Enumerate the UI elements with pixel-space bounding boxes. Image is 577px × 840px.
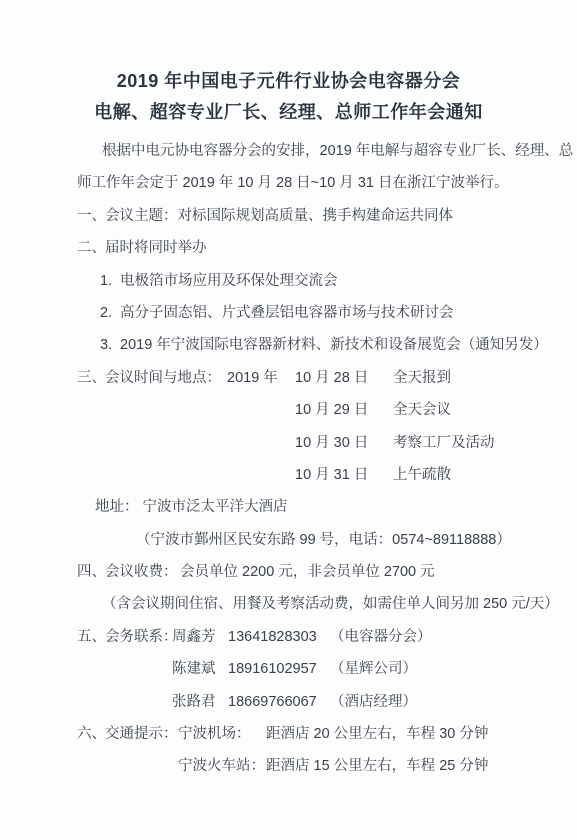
intro-line-1: 根据中电元协电容器分会的安排，2019 年电解与超容专业厂长、经理、总 [77,135,520,167]
list-item-number: 2. [100,297,120,329]
address-detail: （宁波市鄞州区民安东路 99 号，电话：0574~89118888） [77,524,520,556]
contact-org: （星辉公司） [330,653,417,685]
section-one-heading: 一、 会议主题：对标国际规划高质量、携手构建命运共同体 [77,200,520,232]
contact-phone: 18916102957 [228,653,330,685]
address-line: 地址： 宁波市泛太平洋大酒店 [77,491,520,523]
schedule-date: 10 月 30 日 [295,427,393,459]
schedule-row-2: 10 月 29 日 全天会议 [77,394,520,426]
contact-name: 张路君 [172,686,228,718]
schedule-year: 2019 年 [227,362,295,394]
schedule-row-3: 10 月 30 日 考察工厂及活动 [77,427,520,459]
section-five-number: 五、 [77,621,105,653]
list-item-text: 高分子固态铝、片式叠层铝电容器市场与技术研讨会 [120,297,454,329]
section-four-text: 会员单位 2200 元，非会员单位 2700 元 [180,556,435,588]
contact-org: （电容器分会） [330,621,432,653]
section-two-heading: 二、 届时将同时举办 [77,232,520,264]
schedule-activity: 全天报到 [393,362,451,394]
transport-info: 距酒店 15 公里左右，车程 25 分钟 [266,750,488,782]
transport-row-2: 宁波火车站： 距酒店 15 公里左右，车程 25 分钟 [77,750,520,782]
transport-place: 宁波火车站： [178,750,266,782]
contact-row-1: 五、 会务联系： 周鑫芳 13641828303 （电容器分会） [77,621,520,653]
schedule-date: 10 月 31 日 [295,459,393,491]
schedule-activity: 全天会议 [393,394,451,426]
contact-name: 陈建斌 [172,653,228,685]
section-three-number: 三、 [77,362,105,394]
schedule-row-1: 三、 会议时间与地点： 2019 年 10 月 28 日 全天报到 [77,362,520,394]
list-item-number: 1. [100,265,120,297]
transport-place: 宁波机场： [178,718,266,750]
contact-phone: 18669766067 [228,686,330,718]
document-page: 2019 年中国电子元件行业协会电容器分会 电解、超容专业厂长、经理、总师工作年… [0,0,577,840]
list-item-text: 电极箔市场应用及环保处理交流会 [120,265,338,297]
schedule-activity: 考察工厂及活动 [393,427,495,459]
section-four-heading: 四、 会议收费： 会员单位 2200 元，非会员单位 2700 元 [77,556,520,588]
list-item-2: 2. 高分子固态铝、片式叠层铝电容器市场与技术研讨会 [77,297,520,329]
address-label: 地址： [95,491,139,523]
doc-title-line1: 2019 年中国电子元件行业协会电容器分会 [0,66,577,97]
section-three-label: 会议时间与地点： [105,362,227,394]
schedule-row-4: 10 月 31 日 上午疏散 [77,459,520,491]
address-value: 宁波市泛太平洋大酒店 [143,491,288,523]
doc-title-line2: 电解、超容专业厂长、经理、总师工作年会通知 [0,97,577,128]
section-five-label: 会务联系： [105,621,172,653]
contact-row-3: 张路君 18669766067 （酒店经理） [77,686,520,718]
section-six-number: 六、 [77,718,105,750]
list-item-text: 2019 年宁波国际电容器新材料、新技术和设备展览会（通知另发） [120,329,548,361]
section-four-number: 四、 [77,556,105,588]
list-item-number: 3. [100,329,120,361]
intro-line-2: 师工作年会定于 2019 年 10 月 28 日~10 月 31 日在浙江宁波举… [77,167,520,199]
contact-org: （酒店经理） [330,686,417,718]
transport-row-1: 六、 交通提示： 宁波机场： 距酒店 20 公里左右，车程 30 分钟 [77,718,520,750]
section-one-number: 一、 [77,200,105,232]
list-item-1: 1. 电极箔市场应用及环保处理交流会 [77,265,520,297]
contact-name: 周鑫芳 [172,621,228,653]
list-item-3: 3. 2019 年宁波国际电容器新材料、新技术和设备展览会（通知另发） [77,329,520,361]
section-two-number: 二、 [77,232,105,264]
schedule-activity: 上午疏散 [393,459,451,491]
section-six-label: 交通提示： [105,718,178,750]
section-two-text: 届时将同时举办 [105,232,207,264]
contact-row-2: 陈建斌 18916102957 （星辉公司） [77,653,520,685]
section-four-label: 会议收费： [105,556,180,588]
section-one-text: 会议主题：对标国际规划高质量、携手构建命运共同体 [105,200,453,232]
schedule-date: 10 月 29 日 [295,394,393,426]
transport-info: 距酒店 20 公里左右，车程 30 分钟 [266,718,488,750]
fee-note: （含会议期间住宿、用餐及考察活动费，如需住单人间另加 250 元/天） [77,588,520,620]
schedule-date: 10 月 28 日 [295,362,393,394]
contact-phone: 13641828303 [228,621,330,653]
